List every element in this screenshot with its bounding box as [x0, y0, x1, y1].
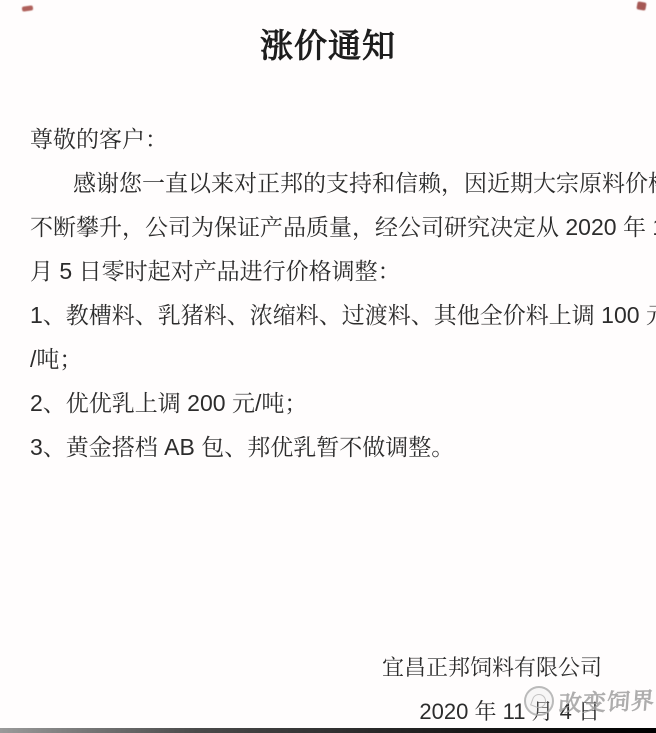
company-name: 宜昌正邦饲料有限公司 — [382, 646, 602, 690]
bottom-dark-strip — [0, 728, 656, 733]
notice-item-2: 2、优优乳上调 200 元/吨； — [30, 381, 628, 425]
notice-line: 不断攀升，公司为保证产品质量，经公司研究决定从 2020 年 11 — [30, 205, 628, 249]
notice-date: 2020 年 11 月 4 日 — [382, 690, 602, 733]
notice-line: 月 5 日零时起对产品进行价格调整： — [30, 249, 628, 293]
price-notice-document: 涨价通知 尊敬的客户： 感谢您一直以来对正邦的支持和信赖，因近期大宗原料价格 不… — [0, 0, 656, 733]
notice-item-1-cont: /吨； — [30, 337, 628, 381]
notice-item-3: 3、黄金搭档 AB 包、邦优乳暂不做调整。 — [30, 425, 628, 469]
notice-body: 尊敬的客户： 感谢您一直以来对正邦的支持和信赖，因近期大宗原料价格 不断攀升，公… — [30, 117, 628, 469]
artifact-mark-right — [636, 1, 646, 10]
notice-title: 涨价通知 — [0, 0, 656, 67]
notice-item-1: 1、教槽料、乳猪料、浓缩料、过渡料、其他全价料上调 100 元 — [30, 293, 628, 337]
notice-line: 感谢您一直以来对正邦的支持和信赖，因近期大宗原料价格 — [30, 161, 628, 205]
signature-block: 宜昌正邦饲料有限公司 2020 年 11 月 4 日 — [382, 646, 602, 733]
salutation: 尊敬的客户： — [30, 117, 628, 161]
